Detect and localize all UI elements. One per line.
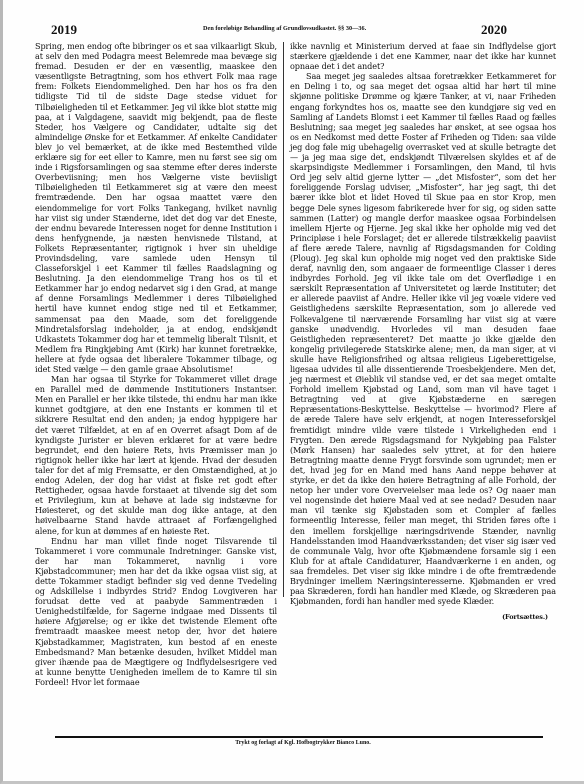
footer-rule	[55, 736, 543, 738]
page-number-left: 2019	[51, 22, 77, 38]
paragraph: ikke navnlig et Ministerium derved at fa…	[290, 41, 556, 71]
continued-note: (Fortsættes.)	[290, 612, 556, 622]
column-right: ikke navnlig et Ministerium derved at fa…	[290, 41, 556, 622]
page-number-right: 2020	[481, 22, 507, 38]
paragraph: Endnu har man villet finde noget Tilsvar…	[35, 536, 277, 687]
column-divider	[283, 42, 284, 597]
paragraph: Spring, men endog ofte bibringer os et s…	[35, 41, 277, 374]
running-head: 2019 Den foreløbige Behandling af Grundl…	[3, 22, 584, 38]
printer-imprint: Trykt og forlagt af Kgl. Hofbogtrykker B…	[203, 740, 403, 746]
paragraph: Man har ogsaa til Styrke for Tokammeret …	[35, 374, 277, 536]
document-page: 2019 Den foreløbige Behandling af Grundl…	[0, 0, 584, 784]
running-title: Den foreløbige Behandling af Grundlovsud…	[203, 25, 423, 32]
column-left: Spring, men endog ofte bibringer os et s…	[35, 41, 277, 687]
paragraph: Saa meget jeg saaledes altsaa foretrække…	[290, 71, 556, 606]
